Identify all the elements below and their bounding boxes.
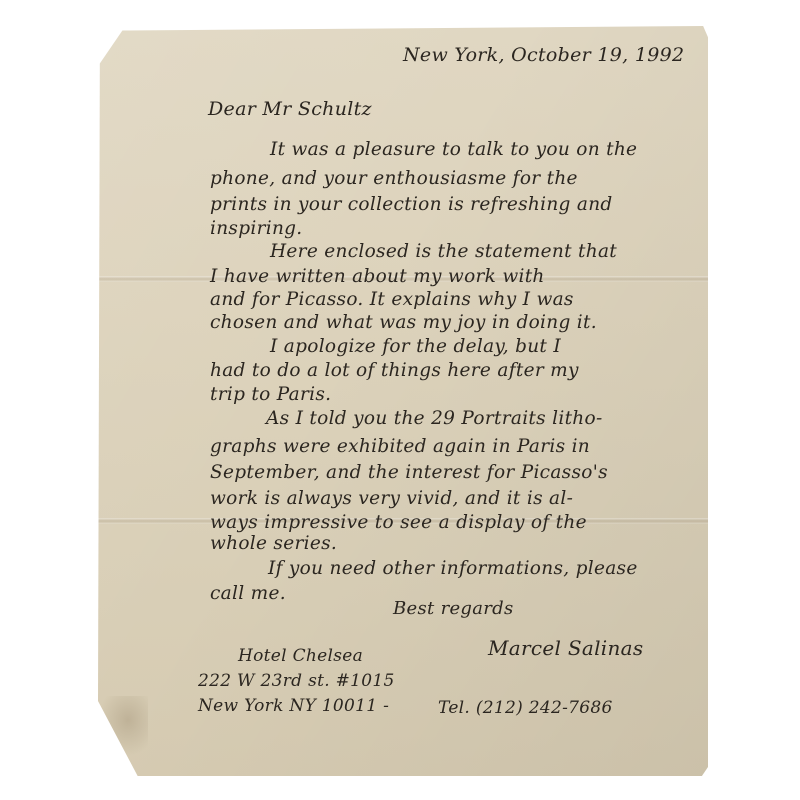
address-line: Hotel Chelsea bbox=[238, 646, 363, 666]
body-line: inspiring. bbox=[210, 218, 302, 239]
address-line: New York NY 10011 - bbox=[198, 696, 389, 716]
body-line: trip to Paris. bbox=[210, 384, 331, 405]
body-line: If you need other informations, please bbox=[268, 558, 638, 579]
letter-signature: Marcel Salinas bbox=[488, 636, 643, 660]
body-line: and for Picasso. It explains why I was bbox=[210, 289, 574, 310]
body-line: ways impressive to see a display of the bbox=[210, 512, 587, 533]
body-line: had to do a lot of things here after my bbox=[210, 360, 579, 381]
phone-number: Tel. (212) 242-7686 bbox=[438, 698, 613, 718]
address-line: 222 W 23rd st. #1015 bbox=[198, 671, 395, 691]
body-line: I have written about my work with bbox=[210, 266, 545, 287]
letter-paper: New York, October 19, 1992 Dear Mr Schul… bbox=[98, 26, 708, 776]
letter-closing: Best regards bbox=[393, 598, 514, 619]
corner-crease bbox=[98, 696, 148, 756]
body-line: Here enclosed is the statement that bbox=[270, 241, 617, 262]
body-line: As I told you the 29 Portraits litho- bbox=[266, 408, 603, 429]
body-line: graphs were exhibited again in Paris in bbox=[210, 436, 590, 457]
body-line: It was a pleasure to talk to you on the bbox=[270, 139, 637, 160]
body-line: work is always very vivid, and it is al- bbox=[210, 488, 573, 509]
body-line: prints in your collection is refreshing … bbox=[210, 194, 613, 215]
body-line: whole series. bbox=[210, 533, 337, 554]
letter-date: New York, October 19, 1992 bbox=[403, 44, 684, 66]
body-line: September, and the interest for Picasso'… bbox=[210, 462, 608, 483]
body-line: chosen and what was my joy in doing it. bbox=[210, 312, 597, 333]
body-line: phone, and your enthousiasme for the bbox=[210, 168, 578, 189]
body-line: I apologize for the delay, but I bbox=[270, 336, 561, 357]
letter-salutation: Dear Mr Schultz bbox=[208, 98, 372, 120]
body-line: call me. bbox=[210, 583, 286, 604]
